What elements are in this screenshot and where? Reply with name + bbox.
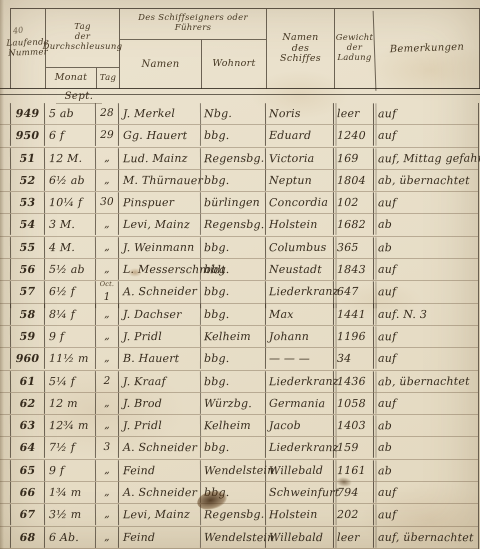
cell-owner-name: Feind [118,459,200,481]
cell-remark: auf [373,326,478,348]
cell-number: 950 [10,125,44,146]
cell-time: 6½ ab [44,170,95,192]
cell-time: 6 f [44,125,95,147]
cell-remark: ab [373,459,478,481]
cell-number: 59 [10,326,44,348]
cell-cargo-weight: 1804 [333,170,373,191]
column-header-day: Tag [96,67,119,89]
cell-ship-name: Max [265,304,333,326]
column-header-remarks-label: Bemerkungen [390,42,465,56]
cell-cargo-weight: 1843 [333,259,373,280]
table-row: 68 6 Ab. „ Feind Wendelstein Willebald l… [0,527,478,549]
cell-time: 3 M. [44,214,95,236]
column-header-remarks: Bemerkungen [373,7,480,91]
cell-owner-residence: bbg. [200,259,265,281]
column-header-ship-line3: Schiffes [280,54,321,65]
table-row: 56 5½ ab „ L. Messerschmidt bbg. Neustad… [0,259,478,281]
cell-day-value: „ [104,259,110,280]
cell-day-value: „ [104,460,110,481]
cell-number: 62 [10,393,44,414]
cell-ship-name: — — — [265,348,333,370]
table-row: 55 4 M. „ J. Weinmann bbg. Columbus 365 … [0,237,478,259]
cell-day-value: 3 [104,438,111,459]
cell-day-value: „ [104,482,110,503]
cell-owner-name: J. Pridl [118,326,200,348]
cell-day-value: 2 [103,371,110,392]
cell-owner-name: B. Hauert [118,348,200,370]
table-row: 57 6½ f Oct.1 A. Schneider bbg. Liederkr… [0,281,478,303]
cell-owner-residence: bbg. [200,348,265,370]
cell-day: 28 [95,103,118,124]
cell-day: „ [95,326,118,347]
cell-number: 58 [10,304,44,325]
cell-remark: auf [373,259,478,281]
cell-owner-residence: bbg. [200,237,265,259]
cell-day: „ [95,259,118,280]
cell-remark: auf [373,125,478,147]
table-row: 67 3½ m „ Levi, Mainz Regensbg. Holstein… [0,504,478,526]
cell-ship-name: Germania [265,393,333,415]
cell-day-value: „ [104,393,110,414]
cell-cargo-weight: 169 [333,147,373,169]
column-header-ship-line1: Namen [282,33,318,44]
cell-number: 68 [10,527,44,548]
cell-number: 61 [10,370,44,392]
cell-day-value: 30 [100,192,114,213]
cell-remark: auf [373,348,478,370]
column-header-weight-line3: Ladung [337,54,371,64]
cell-ship-name: Willebald [265,460,333,482]
cell-remark: ab [373,437,478,459]
cell-remark: auf [373,482,478,504]
cell-number: 949 [10,103,44,125]
cell-cargo-weight: 1436 [333,370,373,392]
cell-owner-name: A. Schneider [118,437,200,459]
cell-day-value: „ [104,326,110,347]
cell-ship-name: Eduard [265,125,333,147]
cell-number: 63 [10,415,44,437]
cell-cargo-weight: 102 [333,192,373,214]
table-row: 64 7½ f 3 A. Schneider bbg. Liederkranz … [0,437,478,459]
cell-day-value: „ [104,170,110,191]
cell-owner-residence: Regensbg. [200,214,265,236]
cell-day-value: „ [104,148,110,169]
cell-day: 29 [95,125,118,146]
cell-ship-name: Liederkranz [265,437,333,459]
cell-owner-name: Levi, Mainz [118,504,200,526]
table-row: 51 12 M. „ Lud. Mainz Regensbg. Victoria… [0,148,478,170]
cell-cargo-weight: 365 [333,237,373,259]
cell-owner-residence: bürlingen [200,192,265,214]
cell-cargo-weight: 1196 [333,326,373,348]
cell-owner-residence: Wendelstein [200,460,265,482]
cell-remark: auf [373,192,478,214]
page-edge-shadow [0,0,4,549]
cell-ship-name: Neptun [265,170,333,192]
table-header: Laufende Nummer Tag der Durchschleusung … [10,8,480,89]
cell-number: 65 [10,460,44,482]
cell-cargo-weight: 1240 [333,125,373,146]
cell-remark: ab [373,236,478,258]
cell-owner-residence: Wendelstein [200,526,265,548]
cell-owner-residence: Würzbg. [200,393,265,415]
cell-day-value: „ [104,527,110,548]
cell-owner-name: Gg. Hauert [118,125,200,147]
cell-ship-name: Schweinfurt [265,482,333,504]
cell-cargo-weight: leer [333,527,373,548]
cell-day-value: „ [104,348,110,369]
column-header-day-label: Tag [100,74,116,84]
cell-ship-name: Liederkranz [265,370,333,392]
table-row: 66 1¾ m „ A. Schneider bbg. Schweinfurt … [0,482,478,504]
cell-time: 9 f [44,460,95,482]
cell-cargo-weight: 1441 [333,304,373,325]
cell-time: 10¼ f [44,192,95,214]
cell-remark: auf, Mittag gefahr. [373,147,480,169]
cell-cargo-weight: 159 [333,437,373,458]
cell-owner-residence: bbg. [200,304,265,326]
table-row: 54 3 M. „ Levi, Mainz Regensbg. Holstein… [0,214,478,236]
table-row: 59 9 f „ J. Pridl Kelheim Johann 1196 au… [0,326,478,348]
cell-time: 5¼ f [44,370,95,392]
cell-owner-name: J. Kraaf [118,370,200,392]
cell-day: „ [95,527,118,548]
cell-time: 8¼ f [44,304,95,326]
cell-day-value: „ [104,215,110,236]
cell-number: 53 [10,192,44,214]
column-header-month: Monat [45,67,96,89]
cell-number: 55 [10,237,44,259]
cell-day: 30 [95,192,118,213]
cell-owner-name: J. Weinmann [118,236,200,258]
cell-number: 51 [10,147,44,169]
cell-owner-name: J. Merkel [118,103,200,125]
cell-owner-residence: Regensbg. [200,147,265,169]
table-row: 58 8¼ f „ J. Dachser bbg. Max 1441 auf. … [0,304,478,326]
cell-day: „ [95,415,118,436]
cell-day: „ [95,237,118,258]
cell-time: 5 ab [44,103,95,125]
ledger-page: 40 Laufende Nummer Tag der Durchschleusu… [0,0,480,549]
cell-remark: auf, übernachtet [373,526,478,548]
cell-ship-name: Jacob [265,415,333,437]
cell-time: 12 m [44,393,95,415]
cell-ship-name: Holstein [265,504,333,526]
cell-owner-residence: bbg. [200,125,265,147]
cell-remark: ab [373,415,478,437]
cell-number: 64 [10,437,44,458]
cell-day: „ [95,148,118,169]
column-header-date: Tag der Durchschleusung [45,9,119,67]
cell-time: 12 M. [44,147,95,169]
cell-time: 4 M. [44,237,95,259]
cell-day-value: „ [104,504,110,525]
cell-cargo-weight: 1403 [333,415,373,437]
cell-number: 66 [10,482,44,503]
cell-time: 3½ m [44,504,95,526]
table-row: 53 10¼ f 30 Pinspuer bürlingen Concordia… [0,192,478,214]
cell-remark: auf [373,103,478,125]
column-header-owner-line2: Führers [175,24,211,34]
cell-time: 11½ m [44,348,95,370]
table-row: 62 12 m „ J. Brod Würzbg. Germania 1058 … [0,393,478,415]
cell-day-value: „ [104,415,110,436]
cell-day-value: 28 [100,103,114,124]
cell-ship-name: Johann [265,326,333,348]
table-row: 52 6½ ab „ M. Thürnauer bbg. Neptun 1804… [0,170,478,192]
column-header-owner-name: Namen [119,39,201,89]
cell-day: „ [95,504,118,525]
table-rows: 949 5 ab 28 J. Merkel Nbg. Noris leer au… [0,103,479,549]
cell-remark: auf. N. 3 [373,303,478,325]
cell-day-value: „ [104,304,110,325]
column-header-number: Laufende Nummer [10,8,47,89]
cell-number: 56 [10,259,44,280]
table-row: 949 5 ab 28 J. Merkel Nbg. Noris leer au… [0,103,478,125]
cell-day: 3 [95,437,118,458]
cell-owner-name: J. Pridl [118,415,200,437]
cell-day: „ [95,348,118,369]
cell-owner-name: Lud. Mainz [118,147,200,169]
cell-owner-name: Feind [118,526,200,548]
cell-ship-name: Holstein [265,214,333,236]
cell-time: 12¾ m [44,415,95,437]
cell-day: „ [95,393,118,414]
cell-day: „ [95,170,118,191]
cell-number: 52 [10,170,44,191]
cell-number: 67 [10,504,44,526]
cell-owner-name: A. Schneider [118,482,200,504]
table-row: 65 9 f „ Feind Wendelstein Willebald 116… [0,460,478,482]
cell-day: „ [95,482,118,503]
cell-cargo-weight: leer [333,103,373,125]
cell-owner-name: Pinspuer [118,192,200,214]
cell-owner-name: Levi, Mainz [118,214,200,236]
cell-ship-name: Noris [265,103,333,125]
cell-ship-name: Victoria [265,147,333,169]
cell-remark: auf [373,504,478,526]
cell-ship-name: Columbus [265,237,333,259]
column-header-owner: Des Schiffseigners oder Führers [119,9,266,39]
cell-ship-name: Neustadt [265,259,333,281]
cell-owner-residence: Kelheim [200,415,265,437]
cell-owner-residence: Kelheim [200,326,265,348]
cell-time: 6 Ab. [44,527,95,549]
table-row: 950 6 f 29 Gg. Hauert bbg. Eduard 1240 a… [0,125,478,147]
column-header-date-line3: Durchschleusung [43,43,123,53]
table-row: 63 12¾ m „ J. Pridl Kelheim Jacob 1403 a… [0,415,478,437]
cell-cargo-weight: 202 [333,504,373,526]
column-header-owner-residence-label: Wohnort [212,59,255,70]
cell-number: 54 [10,214,44,235]
table-row: 960 11½ m „ B. Hauert bbg. — — — 34 auf [0,348,478,370]
cell-cargo-weight: 34 [333,348,373,369]
cell-day: „ [95,214,118,235]
cell-number: 960 [10,348,44,369]
cell-day-value: 29 [100,125,114,146]
table-row: 61 5¼ f 2 J. Kraaf bbg. Liederkranz 1436… [0,371,478,393]
cell-day-value: „ [104,237,110,258]
ink-smudge [128,268,142,277]
column-header-owner-residence: Wohnort [201,39,266,89]
column-header-month-label: Monat [55,73,88,84]
cell-remark: ab [373,214,478,236]
cell-owner-residence: Nbg. [200,103,265,125]
cell-ship-name: Concordia [265,192,333,214]
cell-remark: ab, übernachtet [373,170,478,192]
column-header-ship: Namen des Schiffes [266,9,334,89]
cell-cargo-weight: 1058 [333,393,373,414]
cell-time: 9 f [44,326,95,348]
cell-ship-name: Willebald [265,526,333,548]
cell-day: 2 [95,370,118,391]
cell-owner-name: J. Dachser [118,303,200,325]
cell-day: „ [95,304,118,325]
cell-owner-residence: bbg. [200,437,265,459]
column-header-weight: Gewicht der Ladung [334,9,374,89]
cell-owner-residence: bbg. [200,370,265,392]
cell-owner-residence: bbg. [200,170,265,192]
cell-time: 1¾ m [44,482,95,504]
cell-remark: auf [373,393,478,415]
cell-time: 5½ ab [44,259,95,281]
cell-remark: ab, übernachtet [373,370,478,392]
cell-time: 7½ f [44,437,95,459]
column-header-owner-name-label: Namen [141,59,179,71]
cell-day: „ [95,460,118,481]
cell-owner-name: J. Brod [118,393,200,415]
cell-cargo-weight: 1682 [333,214,373,235]
cell-owner-name: M. Thürnauer [118,170,200,192]
